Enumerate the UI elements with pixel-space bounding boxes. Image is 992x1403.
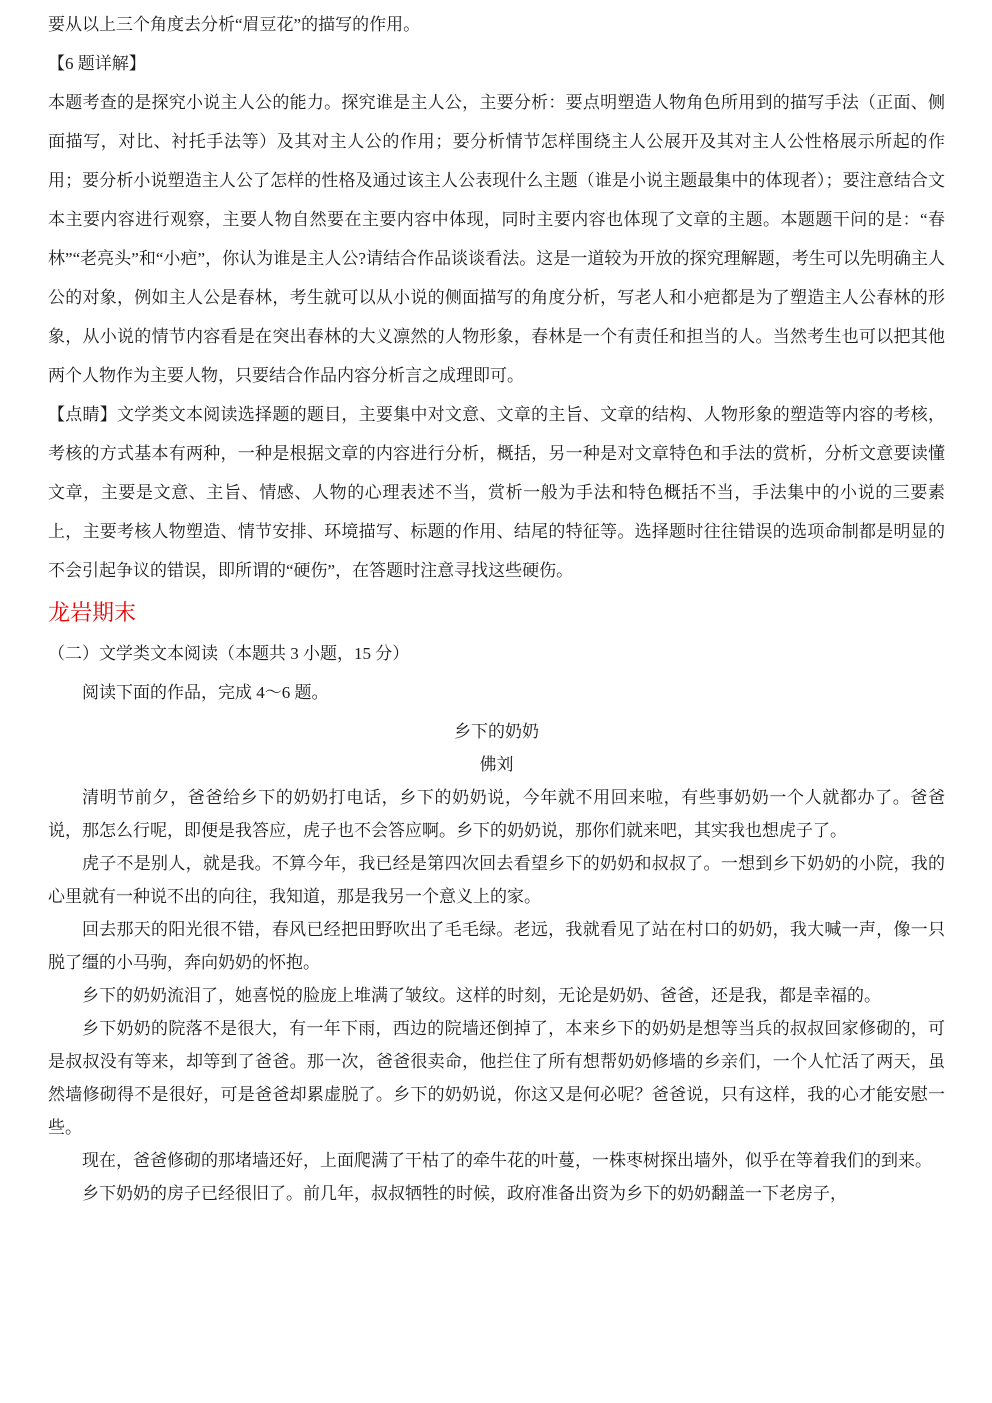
question-6-explanation: 本题考查的是探究小说主人公的能力。探究谁是主人公，主要分析：要点明塑造人物角色所… bbox=[48, 83, 945, 395]
story-author: 佛刘 bbox=[48, 748, 945, 781]
reading-instruction: 阅读下面的作品，完成 4～6 题。 bbox=[48, 673, 945, 712]
section-title: （二）文学类文本阅读（本题共 3 小题，15 分） bbox=[48, 634, 945, 673]
story-paragraph-4: 乡下的奶奶流泪了，她喜悦的脸庞上堆满了皱纹。这样的时刻，无论是奶奶、爸爸，还是我… bbox=[48, 979, 945, 1012]
analysis-intro-line: 要从以上三个角度去分析“眉豆花”的描写的作用。 bbox=[48, 5, 945, 44]
story-section: 乡下的奶奶 佛刘 清明节前夕，爸爸给乡下的奶奶打电话，乡下的奶奶说，今年就不用回… bbox=[48, 715, 945, 1210]
story-title: 乡下的奶奶 bbox=[48, 715, 945, 748]
story-paragraph-1: 清明节前夕，爸爸给乡下的奶奶打电话，乡下的奶奶说，今年就不用回来啦，有些事奶奶一… bbox=[48, 781, 945, 847]
exam-source-heading: 龙岩期末 bbox=[48, 592, 945, 634]
story-paragraph-2: 虎子不是别人，就是我。不算今年，我已经是第四次回去看望乡下的奶奶和叔叔了。一想到… bbox=[48, 847, 945, 913]
story-paragraph-6: 现在，爸爸修砌的那堵墙还好，上面爬满了干枯了的牵牛花的叶蔓，一株枣树探出墙外，似… bbox=[48, 1144, 945, 1177]
question-6-heading: 【6 题详解】 bbox=[48, 44, 945, 83]
story-paragraph-3: 回去那天的阳光很不错，春风已经把田野吹出了毛毛绿。老远，我就看见了站在村口的奶奶… bbox=[48, 913, 945, 979]
document-page: 要从以上三个角度去分析“眉豆花”的描写的作用。 【6 题详解】 本题考查的是探究… bbox=[0, 0, 992, 1403]
story-paragraph-7: 乡下奶奶的房子已经很旧了。前几年，叔叔牺牲的时候，政府准备出资为乡下的奶奶翻盖一… bbox=[48, 1177, 945, 1210]
dianjing-note: 【点睛】文学类文本阅读选择题的题目，主要集中对文意、文章的主旨、文章的结构、人物… bbox=[48, 395, 945, 590]
analysis-section: 要从以上三个角度去分析“眉豆花”的描写的作用。 【6 题详解】 本题考查的是探究… bbox=[48, 5, 945, 590]
story-paragraph-5: 乡下奶奶的院落不是很大，有一年下雨，西边的院墙还倒掉了，本来乡下的奶奶是想等当兵… bbox=[48, 1012, 945, 1144]
